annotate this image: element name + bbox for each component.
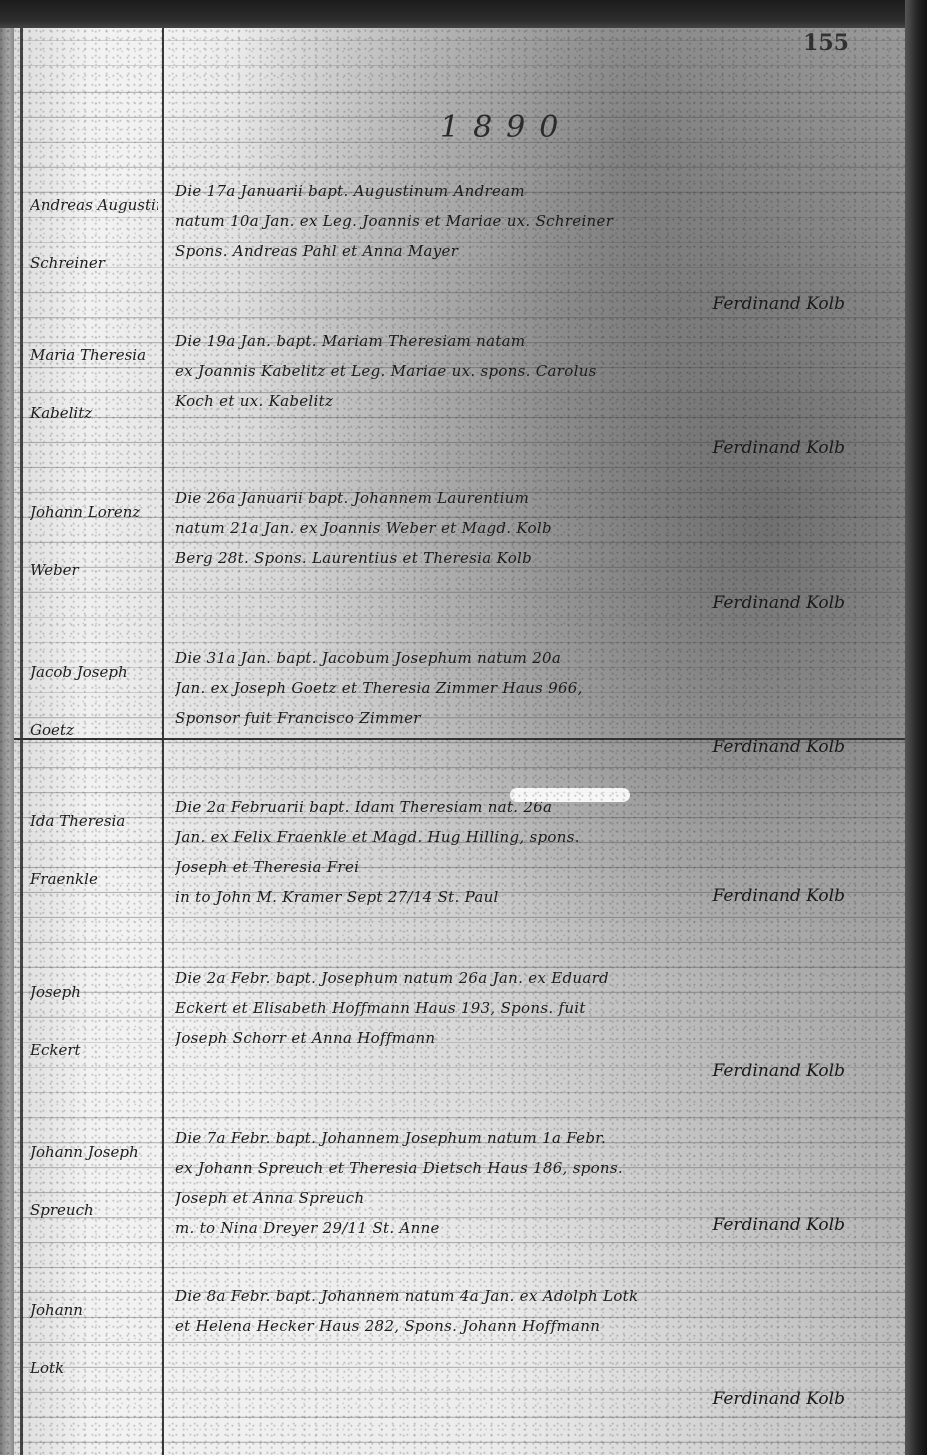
entry-text: Die 19a Jan. bapt. Mariam Theresiam nata… xyxy=(175,326,875,416)
entry-text: Die 2a Febr. bapt. Josephum natum 26a Ja… xyxy=(175,963,875,1053)
entry-text: Die 8a Febr. bapt. Johannem natum 4a Jan… xyxy=(175,1281,875,1341)
margin-name: Johann Lorenz Weber xyxy=(30,483,158,599)
margin-name: Jacob Joseph Goetz xyxy=(30,643,158,759)
signature: Ferdinand Kolb xyxy=(713,593,846,613)
margin-name: Ida Theresia Fraenkle xyxy=(30,792,158,908)
entry-divider xyxy=(14,738,905,740)
paper-smudge xyxy=(510,788,630,802)
margin-rule-outer xyxy=(20,28,23,1455)
margin-name: Johann Lotk xyxy=(30,1281,158,1397)
signature: Ferdinand Kolb xyxy=(713,886,846,906)
signature: Ferdinand Kolb xyxy=(713,1389,846,1409)
signature: Ferdinand Kolb xyxy=(713,438,846,458)
margin-name: Andreas Augustin Schreiner xyxy=(30,176,158,292)
signature: Ferdinand Kolb xyxy=(713,294,846,314)
signature: Ferdinand Kolb xyxy=(713,1061,846,1081)
entry-text: Die 31a Jan. bapt. Jacobum Josephum natu… xyxy=(175,643,875,733)
scan-right-edge xyxy=(905,0,927,1455)
register-page: 155 1890 Andreas Augustin Schreiner Die … xyxy=(0,28,905,1455)
margin-name: Johann Joseph Spreuch xyxy=(30,1123,158,1239)
register-year: 1890 xyxy=(440,110,572,145)
page-number: 155 xyxy=(803,30,849,56)
margin-rule-name-column xyxy=(162,28,164,1455)
margin-name: Joseph Eckert xyxy=(30,963,158,1079)
entry-text: Die 26a Januarii bapt. Johannem Laurenti… xyxy=(175,483,875,573)
margin-name: Maria Theresia Kabelitz xyxy=(30,326,158,442)
entry-text: Die 17a Januarii bapt. Augustinum Andrea… xyxy=(175,176,875,266)
scan-top-edge xyxy=(0,0,927,30)
signature: Ferdinand Kolb xyxy=(713,1215,846,1235)
signature: Ferdinand Kolb xyxy=(713,737,846,757)
left-binding xyxy=(0,28,14,1455)
